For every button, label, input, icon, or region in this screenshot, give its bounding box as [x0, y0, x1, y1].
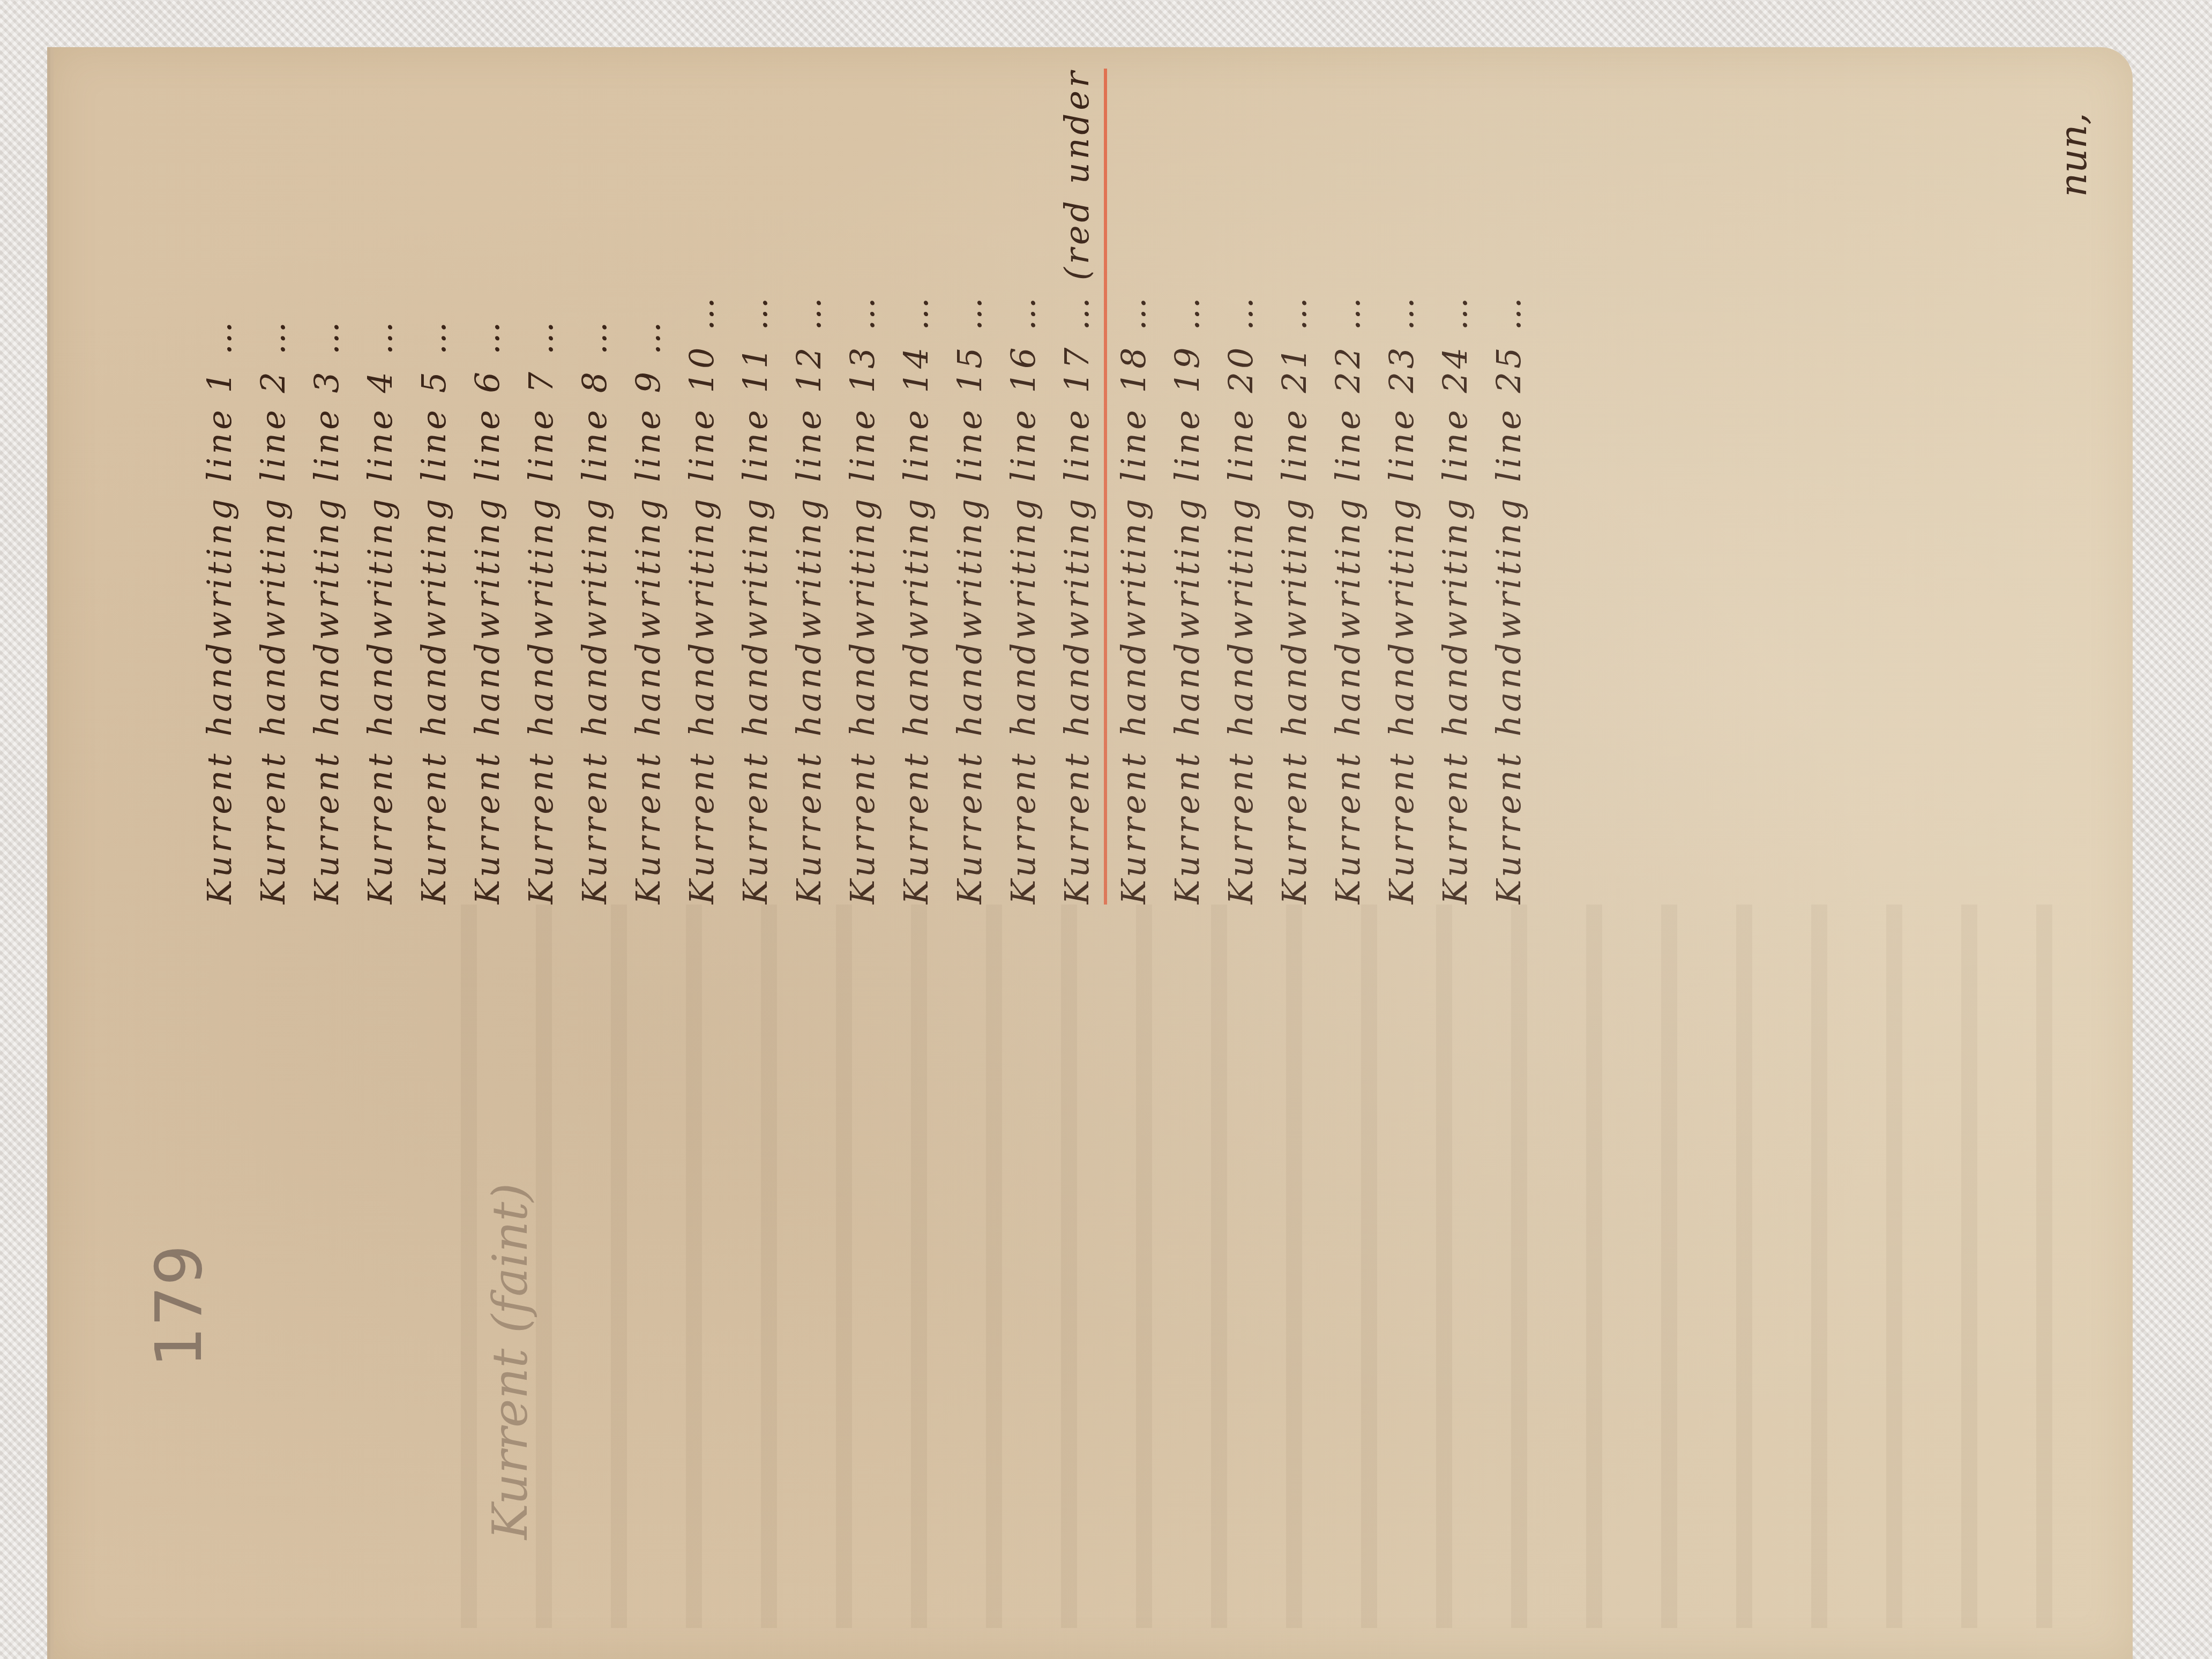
- text-line: Kurrent handwriting line 25 …: [1482, 69, 1536, 905]
- text-line: Kurrent handwriting line 5 …: [407, 69, 461, 905]
- text-line: Kurrent handwriting line 13 …: [836, 69, 890, 905]
- text-line: Kurrent handwriting line 23 …: [1375, 69, 1429, 905]
- text-line: Kurrent handwriting line 16 …: [997, 69, 1050, 905]
- text-line: Kurrent handwriting line 8 …: [568, 69, 622, 905]
- text-line: Kurrent handwriting line 14 …: [890, 69, 943, 905]
- text-line: Kurrent handwriting line 15 …: [943, 69, 997, 905]
- text-line: Kurrent handwriting line 6 …: [461, 69, 514, 905]
- text-line: Kurrent handwriting line 1 …: [193, 69, 246, 905]
- text-line: Kurrent handwriting line 3 …: [300, 69, 354, 905]
- text-line: Kurrent handwriting line 19 …: [1161, 69, 1214, 905]
- faint-margin-note: Kurrent (faint): [482, 1183, 539, 1540]
- text-line: Kurrent handwriting line 11 …: [729, 69, 782, 905]
- text-line: Kurrent handwriting line 20 …: [1214, 69, 1268, 905]
- manuscript-page: Kurrent handwriting line 1 … Kurrent han…: [54, 47, 2133, 1659]
- text-line: Kurrent handwriting line 7 …: [514, 69, 568, 905]
- pencil-page-number: 179: [142, 1245, 216, 1367]
- text-line: Kurrent handwriting line 24 …: [1429, 69, 1482, 905]
- text-line: Kurrent handwriting line 12 …: [782, 69, 836, 905]
- text-line: Kurrent handwriting line 18 …: [1107, 69, 1161, 905]
- text-line: Kurrent handwriting line 22 …: [1321, 69, 1375, 905]
- text-line: Kurrent handwriting line 2 …: [246, 69, 300, 905]
- bleed-through-ink: [429, 905, 2090, 1628]
- text-line-underlined: Kurrent handwriting line 17 … (red under…: [1050, 69, 1107, 905]
- catchword: nun,: [2051, 113, 2095, 197]
- handwritten-text-block: Kurrent handwriting line 1 … Kurrent han…: [193, 69, 1536, 905]
- text-line: Kurrent handwriting line 21 …: [1268, 69, 1321, 905]
- text-line: Kurrent handwriting line 9 …: [622, 69, 675, 905]
- text-line: Kurrent handwriting line 4 …: [354, 69, 407, 905]
- text-line: Kurrent handwriting line 10 …: [675, 69, 729, 905]
